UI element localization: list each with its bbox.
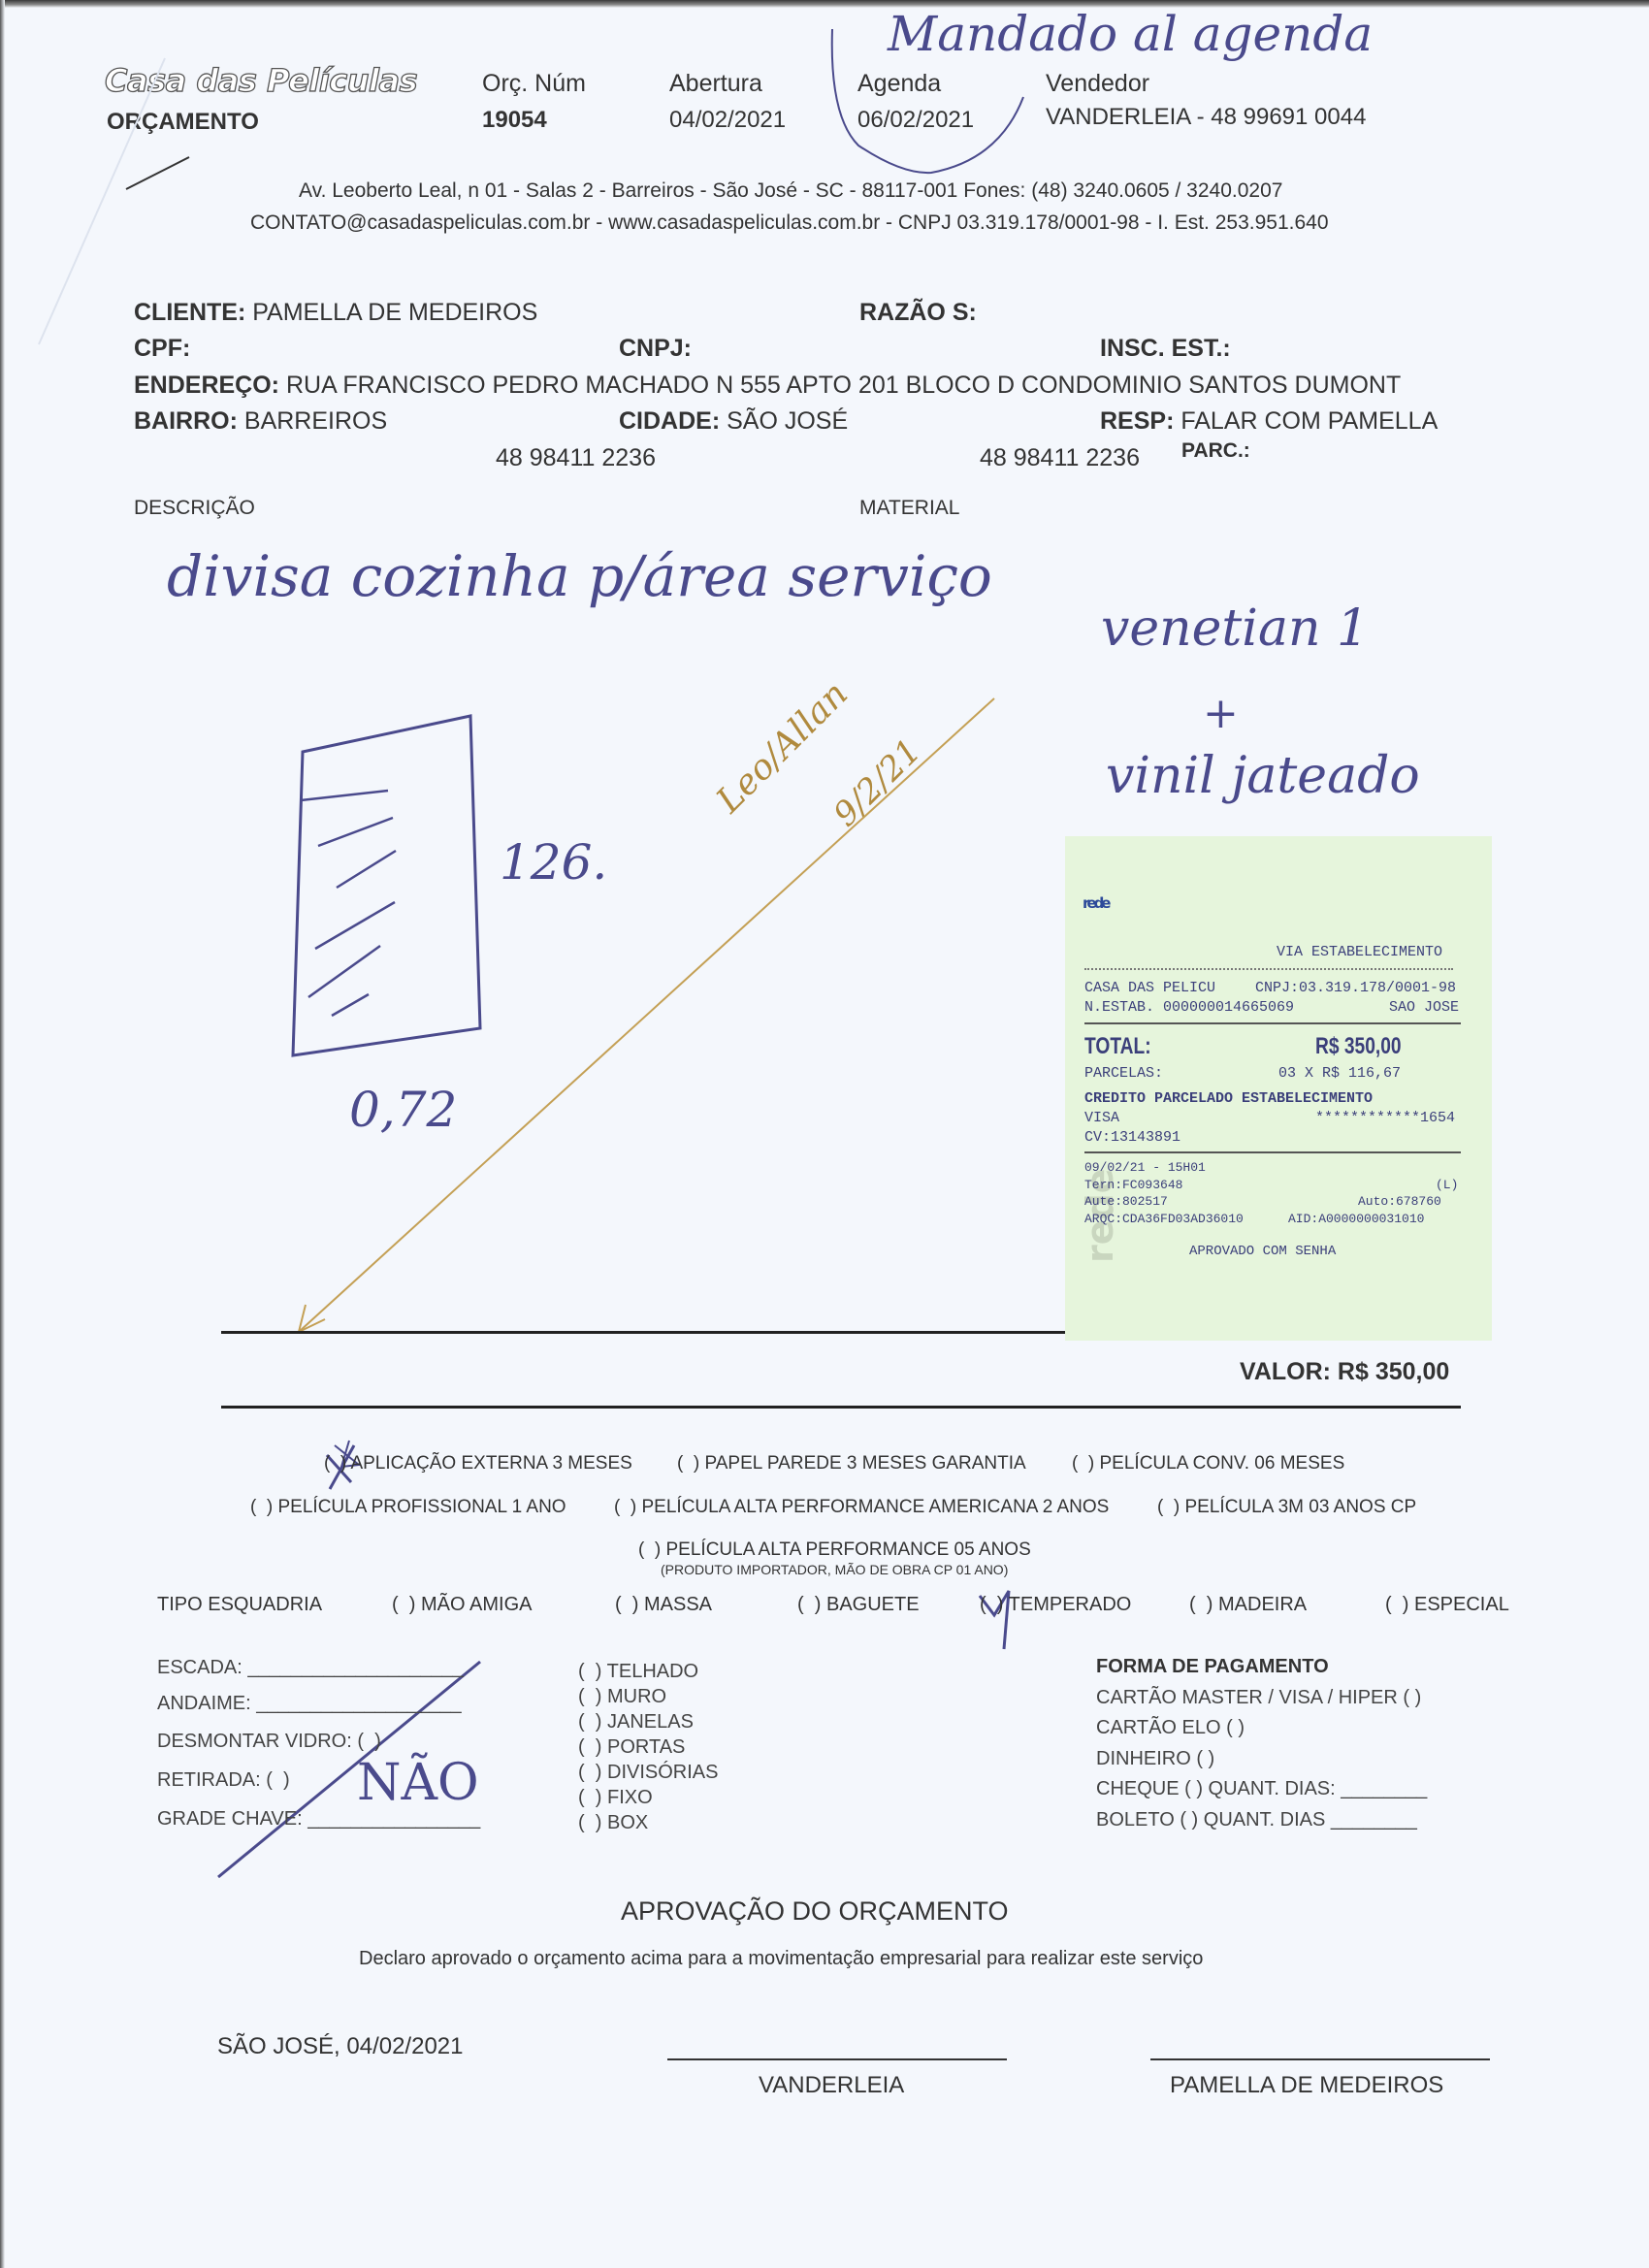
retirada-field[interactable]: RETIRADA: ( )	[157, 1767, 290, 1793]
cnpj-field: CNPJ:	[619, 335, 692, 363]
resp-field: RESP: FALAR COM PAMELLA	[1100, 407, 1438, 436]
card-receipt: rede rede VIA ESTABELECIMENTO CASA DAS P…	[1065, 836, 1492, 1341]
material-label: MATERIAL	[859, 497, 959, 520]
service-note: (PRODUTO IMPORTADOR, MÃO DE OBRA CP 01 A…	[661, 1562, 1008, 1577]
receipt-arqc: ARQC:CDA36FD03AD36010	[1084, 1212, 1244, 1226]
handwritten-material-2: vinil jateado	[1106, 747, 1420, 805]
receipt-parcelas-value: 03 X R$ 116,67	[1278, 1065, 1401, 1082]
payment-option-cheque[interactable]: CHEQUE ( ) QUANT. DIAS: ________	[1096, 1774, 1427, 1805]
company-logo: Casa das Películas	[105, 62, 417, 99]
receipt-aid: AID:A0000000031010	[1288, 1212, 1424, 1226]
location-telhado[interactable]: ( ) TELHADO	[578, 1659, 718, 1684]
receipt-copy-label: VIA ESTABELECIMENTO	[1277, 944, 1442, 960]
payment-option-cartao[interactable]: CARTÃO MASTER / VISA / HIPER ( )	[1096, 1683, 1427, 1714]
esquadria-especial[interactable]: ( ) ESPECIAL	[1385, 1594, 1509, 1616]
handwritten-material-1: venetian 1	[1101, 599, 1369, 658]
client-address: RUA FRANCISCO PEDRO MACHADO N 555 APTO 2…	[286, 372, 1401, 399]
location-portas[interactable]: ( ) PORTAS	[578, 1734, 718, 1760]
receipt-auto: Auto:678760	[1358, 1194, 1441, 1209]
scan-edge-left	[0, 0, 5, 2268]
abertura-label: Abertura	[669, 70, 762, 98]
agenda-label: Agenda	[857, 70, 941, 98]
bairro-field: BAIRRO: BARREIROS	[134, 407, 387, 436]
esquadria-baguete[interactable]: ( ) BAGUETE	[797, 1594, 920, 1616]
payment-option-elo[interactable]: CARTÃO ELO ( )	[1096, 1713, 1427, 1744]
receipt-datetime: 09/02/21 - 15H01	[1084, 1160, 1206, 1175]
sketch-height: 126.	[500, 834, 607, 891]
receipt-estab: N.ESTAB. 000000014665069	[1084, 999, 1294, 1016]
scan-edge-top	[0, 0, 1649, 8]
location-muro[interactable]: ( ) MURO	[578, 1684, 718, 1709]
vendedor-label: Vendedor	[1046, 70, 1149, 98]
document-type: ORÇAMENTO	[107, 109, 259, 136]
client-name: PAMELLA DE MEDEIROS	[252, 299, 537, 326]
sketch-width: 0,72	[349, 1082, 457, 1138]
andaime-field[interactable]: ANDAIME: ___________________	[157, 1691, 462, 1716]
receipt-cnpj: CNPJ:03.319.178/0001-98	[1255, 980, 1456, 996]
receipt-mode: (L)	[1436, 1178, 1458, 1192]
approval-title: APROVAÇÃO DO ORÇAMENTO	[621, 1896, 1009, 1927]
service-option-pelicula-profissional[interactable]: ( ) PELÍCULA PROFISSIONAL 1 ANO	[250, 1497, 566, 1518]
client-signature-line[interactable]	[1150, 2058, 1490, 2060]
payment-title: FORMA DE PAGAMENTO	[1096, 1652, 1427, 1683]
location-list: ( ) TELHADO ( ) MURO ( ) JANELAS ( ) POR…	[578, 1659, 718, 1835]
seller-name: VANDERLEIA	[759, 2072, 904, 2099]
parc-label: PARC.:	[1181, 439, 1250, 463]
service-option-aplicacao-externa[interactable]: ( ) APLICAÇÃO EXTERNA 3 MESES	[324, 1453, 632, 1474]
esquadria-massa[interactable]: ( ) MASSA	[615, 1594, 712, 1616]
agenda-value: 06/02/2021	[857, 107, 974, 134]
phone-1: 48 98411 2236	[496, 444, 656, 472]
service-option-papel-parede[interactable]: ( ) PAPEL PAREDE 3 MESES GARANTIA	[677, 1453, 1026, 1474]
phone-2: 48 98411 2236	[980, 444, 1140, 472]
receipt-aute: Aute:802517	[1084, 1194, 1168, 1209]
approval-statement: Declaro aprovado o orçamento acima para …	[359, 1948, 1203, 1970]
esquadria-temperado[interactable]: ( ) TEMPERADO	[980, 1594, 1131, 1616]
insc-est-field: INSC. EST.:	[1100, 335, 1231, 363]
receipt-total-value: R$ 350,00	[1315, 1033, 1402, 1060]
installer-date: 9/2/21	[826, 731, 929, 834]
location-fixo[interactable]: ( ) FIXO	[578, 1785, 718, 1810]
escada-field[interactable]: ESCADA: ____________________	[157, 1655, 464, 1680]
razao-field: RAZÃO S:	[859, 299, 977, 327]
location-janelas[interactable]: ( ) JANELAS	[578, 1709, 718, 1734]
esquadria-label: TIPO ESQUADRIA	[157, 1594, 322, 1616]
handwritten-nao: NÃO	[357, 1754, 479, 1812]
esquadria-mao-amiga[interactable]: ( ) MÃO AMIGA	[392, 1594, 532, 1616]
location-divisorias[interactable]: ( ) DIVISÓRIAS	[578, 1760, 718, 1785]
esquadria-madeira[interactable]: ( ) MADEIRA	[1189, 1594, 1307, 1616]
payment-option-dinheiro[interactable]: DINHEIRO ( )	[1096, 1744, 1427, 1775]
service-option-pelicula-americana[interactable]: ( ) PELÍCULA ALTA PERFORMANCE AMERICANA …	[614, 1497, 1109, 1518]
receipt-terminal: Tern:FC093648	[1084, 1178, 1182, 1192]
handwritten-header-note: Mandado al agenda	[888, 6, 1373, 62]
orc-num-label: Orç. Núm	[482, 70, 586, 98]
service-option-pelicula-05-anos[interactable]: ( ) PELÍCULA ALTA PERFORMANCE 05 ANOS	[638, 1539, 1031, 1561]
descricao-label: DESCRIÇÃO	[134, 497, 255, 520]
receipt-card-brand: VISA	[1084, 1110, 1119, 1126]
company-address: Av. Leoberto Leal, n 01 - Salas 2 - Barr…	[299, 179, 1282, 203]
receipt-status: APROVADO COM SENHA	[1189, 1244, 1336, 1259]
abertura-value: 04/02/2021	[669, 107, 786, 134]
client-name-field: CLIENTE: PAMELLA DE MEDEIROS	[134, 299, 537, 327]
divider-line	[221, 1331, 1065, 1334]
receipt-city: SAO JOSE	[1389, 999, 1459, 1016]
receipt-merchant: CASA DAS PELICU	[1084, 980, 1215, 996]
service-option-pelicula-3m[interactable]: ( ) PELÍCULA 3M 03 ANOS CP	[1157, 1497, 1416, 1518]
cidade-field: CIDADE: SÃO JOSÉ	[619, 407, 848, 436]
payment-option-boleto[interactable]: BOLETO ( ) QUANT. DIAS ________	[1096, 1805, 1427, 1836]
orc-num-value: 19054	[482, 107, 547, 134]
company-contact: CONTATO@casadaspeliculas.com.br - www.ca…	[250, 211, 1329, 235]
receipt-total-label: TOTAL:	[1084, 1033, 1151, 1060]
place-date: SÃO JOSÉ, 04/02/2021	[217, 2033, 464, 2060]
receipt-parcelas-label: PARCELAS:	[1084, 1065, 1163, 1082]
receipt-credit-type: CREDITO PARCELADO ESTABELECIMENTO	[1084, 1090, 1373, 1107]
service-option-pelicula-conv[interactable]: ( ) PELÍCULA CONV. 06 MESES	[1072, 1453, 1344, 1474]
location-box[interactable]: ( ) BOX	[578, 1810, 718, 1835]
receipt-cv: CV:13143891	[1084, 1129, 1180, 1146]
payment-section: FORMA DE PAGAMENTO CARTÃO MASTER / VISA …	[1096, 1652, 1427, 1835]
receipt-card-number: ************1654	[1315, 1110, 1455, 1126]
client-signer-name: PAMELLA DE MEDEIROS	[1170, 2072, 1443, 2099]
handwritten-material-plus: +	[1203, 689, 1239, 738]
divider-line	[221, 1406, 1461, 1409]
address-field: ENDEREÇO: RUA FRANCISCO PEDRO MACHADO N …	[134, 372, 1401, 400]
handwritten-description: divisa cozinha p/área serviço	[167, 543, 992, 609]
seller-signature-line[interactable]	[667, 2058, 1007, 2060]
total-value: VALOR: R$ 350,00	[1240, 1358, 1449, 1386]
rede-logo: rede	[1083, 894, 1108, 912]
desmontar-vidro-field[interactable]: DESMONTAR VIDRO: ( )	[157, 1729, 381, 1754]
vendedor-value: VANDERLEIA - 48 99691 0044	[1046, 104, 1366, 131]
cpf-field: CPF:	[134, 335, 190, 363]
